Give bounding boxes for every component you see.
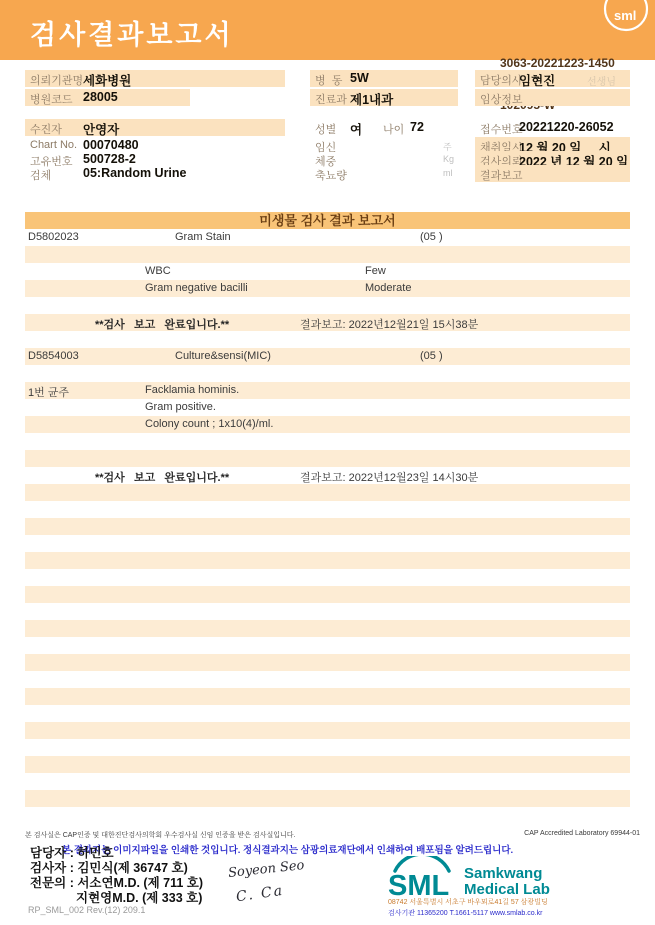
field-value: 여: [350, 120, 362, 138]
result-row-25: [25, 637, 630, 654]
lab-name-line1: Samkwang: [464, 866, 550, 882]
lab-report-page: 검사결과보고서 3063-20221223-1450 102095-W sml …: [0, 0, 655, 925]
accreditation-right: CAP Accredited Laboratory 69944-01: [524, 830, 640, 840]
result-row-35: [25, 807, 630, 824]
result-row-13: [25, 433, 630, 450]
field-label: 접수번호: [480, 121, 523, 137]
field-label: 임상정보: [480, 91, 523, 107]
result-row-19: [25, 535, 630, 552]
lab-name: Samkwang Medical Lab: [464, 866, 550, 898]
result-row-26: [25, 654, 630, 671]
result-cell: **검사 보고 완료입니다.**: [95, 316, 229, 332]
result-cell: Moderate: [365, 282, 411, 294]
field-value-2: 72: [410, 120, 424, 134]
result-cell: WBC: [145, 265, 171, 277]
field-label: 병 동: [315, 72, 342, 88]
result-row-14: [25, 450, 630, 467]
result-row-23: [25, 603, 630, 620]
result-row-2: [25, 246, 630, 263]
field-value: 안영자: [83, 120, 119, 138]
result-cell: Facklamia hominis.: [145, 384, 239, 396]
result-row-12: Colony count ; 1x10(4)/ml.: [25, 416, 630, 433]
result-row-22: [25, 586, 630, 603]
result-row-11: Gram positive.: [25, 399, 630, 416]
result-cell: 결과보고: 2022년12월23일 14시30분: [300, 469, 478, 485]
result-cell: Culture&sensi(MIC): [175, 350, 271, 362]
info-field-14: 접수번호20221220-26052: [475, 119, 625, 136]
result-cell: Colony count ; 1x10(4)/ml.: [145, 418, 273, 430]
accreditation-left: 본 검사실은 CAP인증 및 대한진단검사의학회 우수검사실 신임 인증을 받은…: [25, 830, 296, 840]
result-cell: 1번 균주: [28, 384, 69, 400]
field-label-2: 나이: [383, 121, 404, 137]
svg-text:SML: SML: [388, 870, 449, 900]
result-row-31: [25, 739, 630, 756]
result-row-6: **검사 보고 완료입니다.**결과보고: 2022년12월21일 15시38분: [25, 314, 630, 331]
lab-name-line2: Medical Lab: [464, 882, 550, 898]
result-row-15: **검사 보고 완료입니다.**결과보고: 2022년12월23일 14시30분: [25, 467, 630, 484]
info-field-13: 임상정보: [475, 89, 630, 106]
lab-address: 08742 서울특별시 서초구 바우뫼로41길 57 삼광빌딩: [388, 897, 548, 907]
result-row-16: [25, 484, 630, 501]
result-row-5: [25, 297, 630, 314]
sml-footer-logo: SML Samkwang Medical Lab: [386, 856, 550, 900]
result-row-24: [25, 620, 630, 637]
field-label: 의뢰기관명: [30, 72, 83, 88]
result-row-32: [25, 756, 630, 773]
field-unit: ml: [443, 168, 453, 178]
result-cell: D5854003: [28, 350, 79, 362]
result-cell: Gram Stain: [175, 231, 231, 243]
result-row-1: D5802023Gram Stain(05 ): [25, 229, 630, 246]
result-cell: Few: [365, 265, 386, 277]
info-field-5: 검체05:Random Urine: [25, 165, 175, 182]
field-label: 진료과: [315, 91, 347, 107]
result-row-34: [25, 790, 630, 807]
info-field-2: 수진자안영자: [25, 119, 285, 136]
lab-contact: 검사기관 11365200 T.1661-5117 www.smlab.co.k…: [388, 908, 542, 918]
field-label: 성별: [315, 121, 336, 137]
field-suffix: 선생님: [587, 73, 616, 88]
result-row-29: [25, 705, 630, 722]
field-value: 제1내과: [350, 90, 393, 108]
field-value: 5W: [350, 71, 369, 85]
result-row-27: [25, 671, 630, 688]
field-label: Chart No.: [30, 139, 77, 151]
staff-block: 담당자 : 하민호 검사자 : 김민식(제 36747 호) 전문의 : 서소연…: [30, 846, 203, 906]
info-field-7: 진료과제1내과: [310, 89, 458, 106]
field-label: 병원코드: [30, 91, 73, 107]
field-label: 수진자: [30, 121, 62, 137]
staff-line-specialist-2: 지현영M.D. (제 333 호): [76, 891, 203, 906]
info-field-8: 성별여나이72: [310, 119, 460, 136]
result-cell: (05 ): [420, 350, 443, 362]
field-value: 20221220-26052: [519, 120, 614, 134]
info-section: 의뢰기관명세화병원병원코드28005수진자안영자Chart No.0007048…: [0, 0, 655, 212]
field-value: 세화병원: [83, 71, 131, 89]
signature-1: Soyeon Seo: [227, 858, 305, 881]
result-cell: D5802023: [28, 231, 79, 243]
result-row-18: [25, 518, 630, 535]
result-cell: 결과보고: 2022년12월21일 15시38분: [300, 316, 478, 332]
result-row-3: WBCFew: [25, 263, 630, 280]
result-row-7: [25, 331, 630, 348]
field-value: 05:Random Urine: [83, 166, 187, 180]
field-label: 담당의사: [480, 72, 523, 88]
staff-line-specialist-1: 전문의 : 서소연M.D. (제 711 호): [30, 876, 203, 891]
field-label: 검체: [30, 167, 51, 183]
staff-line-examiner: 검사자 : 김민식(제 36747 호): [30, 861, 203, 876]
result-row-21: [25, 569, 630, 586]
field-value: 임현진: [519, 71, 555, 89]
result-row-30: [25, 722, 630, 739]
field-value: 28005: [83, 90, 118, 104]
info-field-17: 결과보고: [475, 165, 630, 182]
accreditation-line: 본 검사실은 CAP인증 및 대한진단검사의학회 우수검사실 신임 인증을 받은…: [25, 830, 640, 840]
field-value: 500728-2: [83, 152, 136, 166]
info-field-1: 병원코드28005: [25, 89, 190, 106]
signature-2: C. Ca: [235, 883, 285, 906]
result-row-28: [25, 688, 630, 705]
result-row-33: [25, 773, 630, 790]
info-field-0: 의뢰기관명세화병원: [25, 70, 285, 87]
result-cell: Gram negative bacilli: [145, 282, 248, 294]
result-row-17: [25, 501, 630, 518]
result-row-4: Gram negative bacilliModerate: [25, 280, 630, 297]
field-label: 결과보고: [480, 167, 523, 183]
staff-line-manager: 담당자 : 하민호: [30, 846, 203, 861]
info-field-11: 축뇨량ml: [310, 165, 460, 182]
result-cell: **검사 보고 완료입니다.**: [95, 469, 229, 485]
field-label: 축뇨량: [315, 167, 347, 183]
result-cell: Gram positive.: [145, 401, 216, 413]
result-row-8: D5854003Culture&sensi(MIC)(05 ): [25, 348, 630, 365]
document-id: RP_SML_002 Rev.(12) 209.1: [28, 905, 145, 915]
result-cell: (05 ): [420, 231, 443, 243]
field-value: 00070480: [83, 138, 139, 152]
field-unit: Kg: [443, 154, 454, 164]
info-field-6: 병 동5W: [310, 70, 458, 87]
result-row-10: 1번 균주Facklamia hominis.: [25, 382, 630, 399]
result-row-20: [25, 552, 630, 569]
result-row-9: [25, 365, 630, 382]
info-field-12: 담당의사임현진선생님: [475, 70, 630, 87]
results-table: 미생물 검사 결과 보고서D5802023Gram Stain(05 )WBCF…: [25, 212, 630, 824]
results-section-title: 미생물 검사 결과 보고서: [25, 212, 630, 229]
sml-logo-icon: SML: [386, 856, 458, 900]
